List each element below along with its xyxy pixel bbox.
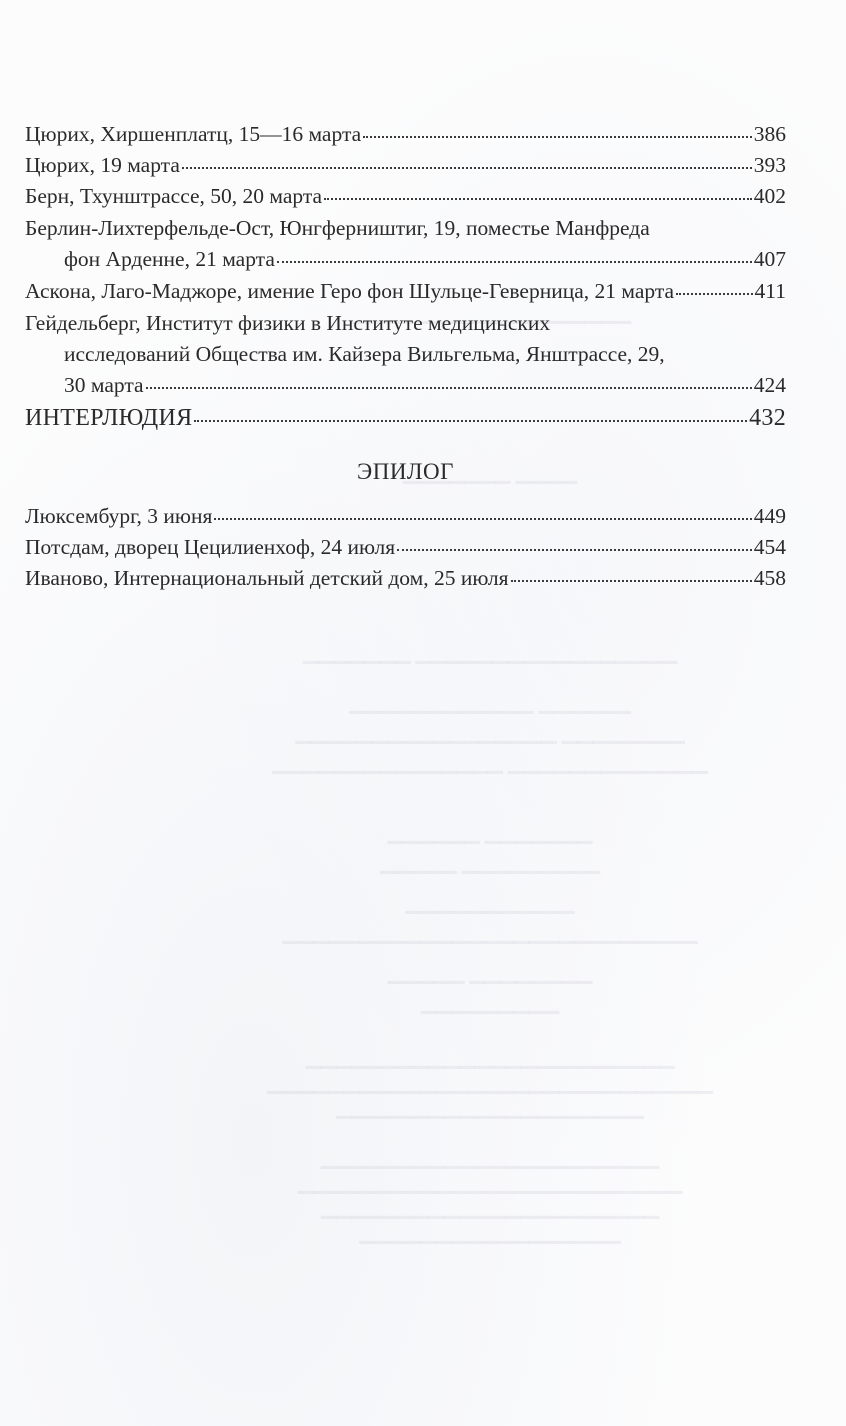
toc-entry-page: 407 <box>754 243 786 275</box>
toc-part-title: ИНТЕРЛЮДИЯ <box>25 402 192 434</box>
dot-leader <box>363 120 752 142</box>
toc-entry-title-line: Берлин-Лихтерфельде-Ост, Юнгферништиг, 1… <box>25 212 650 244</box>
dot-leader <box>511 564 752 586</box>
toc-entry-title: Цюрих, Хиршенплатц, 15—16 марта <box>25 118 361 150</box>
toc-entry-page: 402 <box>754 180 786 212</box>
toc-entry[interactable]: Иваново, Интернациональный детский дом, … <box>25 562 786 594</box>
toc-part-page: 432 <box>749 402 786 434</box>
dot-leader <box>397 533 752 555</box>
dot-leader <box>146 371 752 393</box>
toc-entry-page: 393 <box>754 149 786 181</box>
toc-entry-title: Потсдам, дворец Цецилиенхоф, 24 июля <box>25 531 395 563</box>
toc-entry-title-line: исследований Общества им. Кайзера Вильге… <box>64 338 665 370</box>
dot-leader <box>214 502 751 524</box>
toc-entry-page: 411 <box>755 275 786 307</box>
dot-leader <box>182 151 752 173</box>
toc-entry-title: Берн, Тхунштрассе, 50, 20 марта <box>25 180 322 212</box>
toc-entry[interactable]: Аскона, Лаго-Маджоре, имение Геро фон Шу… <box>25 275 786 307</box>
toc-entry[interactable]: Люксембург, 3 июня 449 <box>25 500 786 532</box>
toc-entry-title: Цюрих, 19 марта <box>25 149 180 181</box>
toc-entry-page: 386 <box>754 118 786 150</box>
book-page: ▁▁▁▁▁▁▁▁ ▁▁▁▁▁▁▁▁▁▁ ▁▁▁▁ ▁▁▁▁▁▁▁ ▁▁▁▁▁▁▁… <box>0 0 846 1426</box>
toc-entry-title: Люксембург, 3 июня <box>25 500 212 532</box>
toc-entry[interactable]: Берн, Тхунштрассе, 50, 20 марта 402 <box>25 180 786 212</box>
dot-leader <box>277 245 752 267</box>
toc-entry-title-line: Гейдельберг, Институт физики в Институте… <box>25 307 550 339</box>
dot-leader <box>194 401 747 425</box>
toc-entry[interactable]: Цюрих, 19 марта 393 <box>25 149 786 181</box>
toc-entry-page: 424 <box>754 369 786 401</box>
toc-entry-title-line: фон Арденне, 21 марта <box>25 243 275 275</box>
toc-entry[interactable]: Цюрих, Хиршенплатц, 15—16 марта 386 <box>25 118 786 150</box>
toc-entry-title: Аскона, Лаго-Маджоре, имение Геро фон Шу… <box>25 275 674 307</box>
toc-entry-page: 458 <box>754 562 786 594</box>
dot-leader <box>676 277 752 299</box>
toc-entry-title: Иваново, Интернациональный детский дом, … <box>25 562 509 594</box>
dot-leader <box>324 182 752 204</box>
toc-entry[interactable]: Потсдам, дворец Цецилиенхоф, 24 июля 454 <box>25 531 786 563</box>
toc-entry-page: 454 <box>754 531 786 563</box>
epilogue-heading: ЭПИЛОГ <box>25 456 786 488</box>
toc-entry-page: 449 <box>754 500 786 532</box>
toc-entry-title-line: 30 марта <box>25 369 144 401</box>
toc-part-interlude[interactable]: ИНТЕРЛЮДИЯ 432 <box>25 401 786 433</box>
